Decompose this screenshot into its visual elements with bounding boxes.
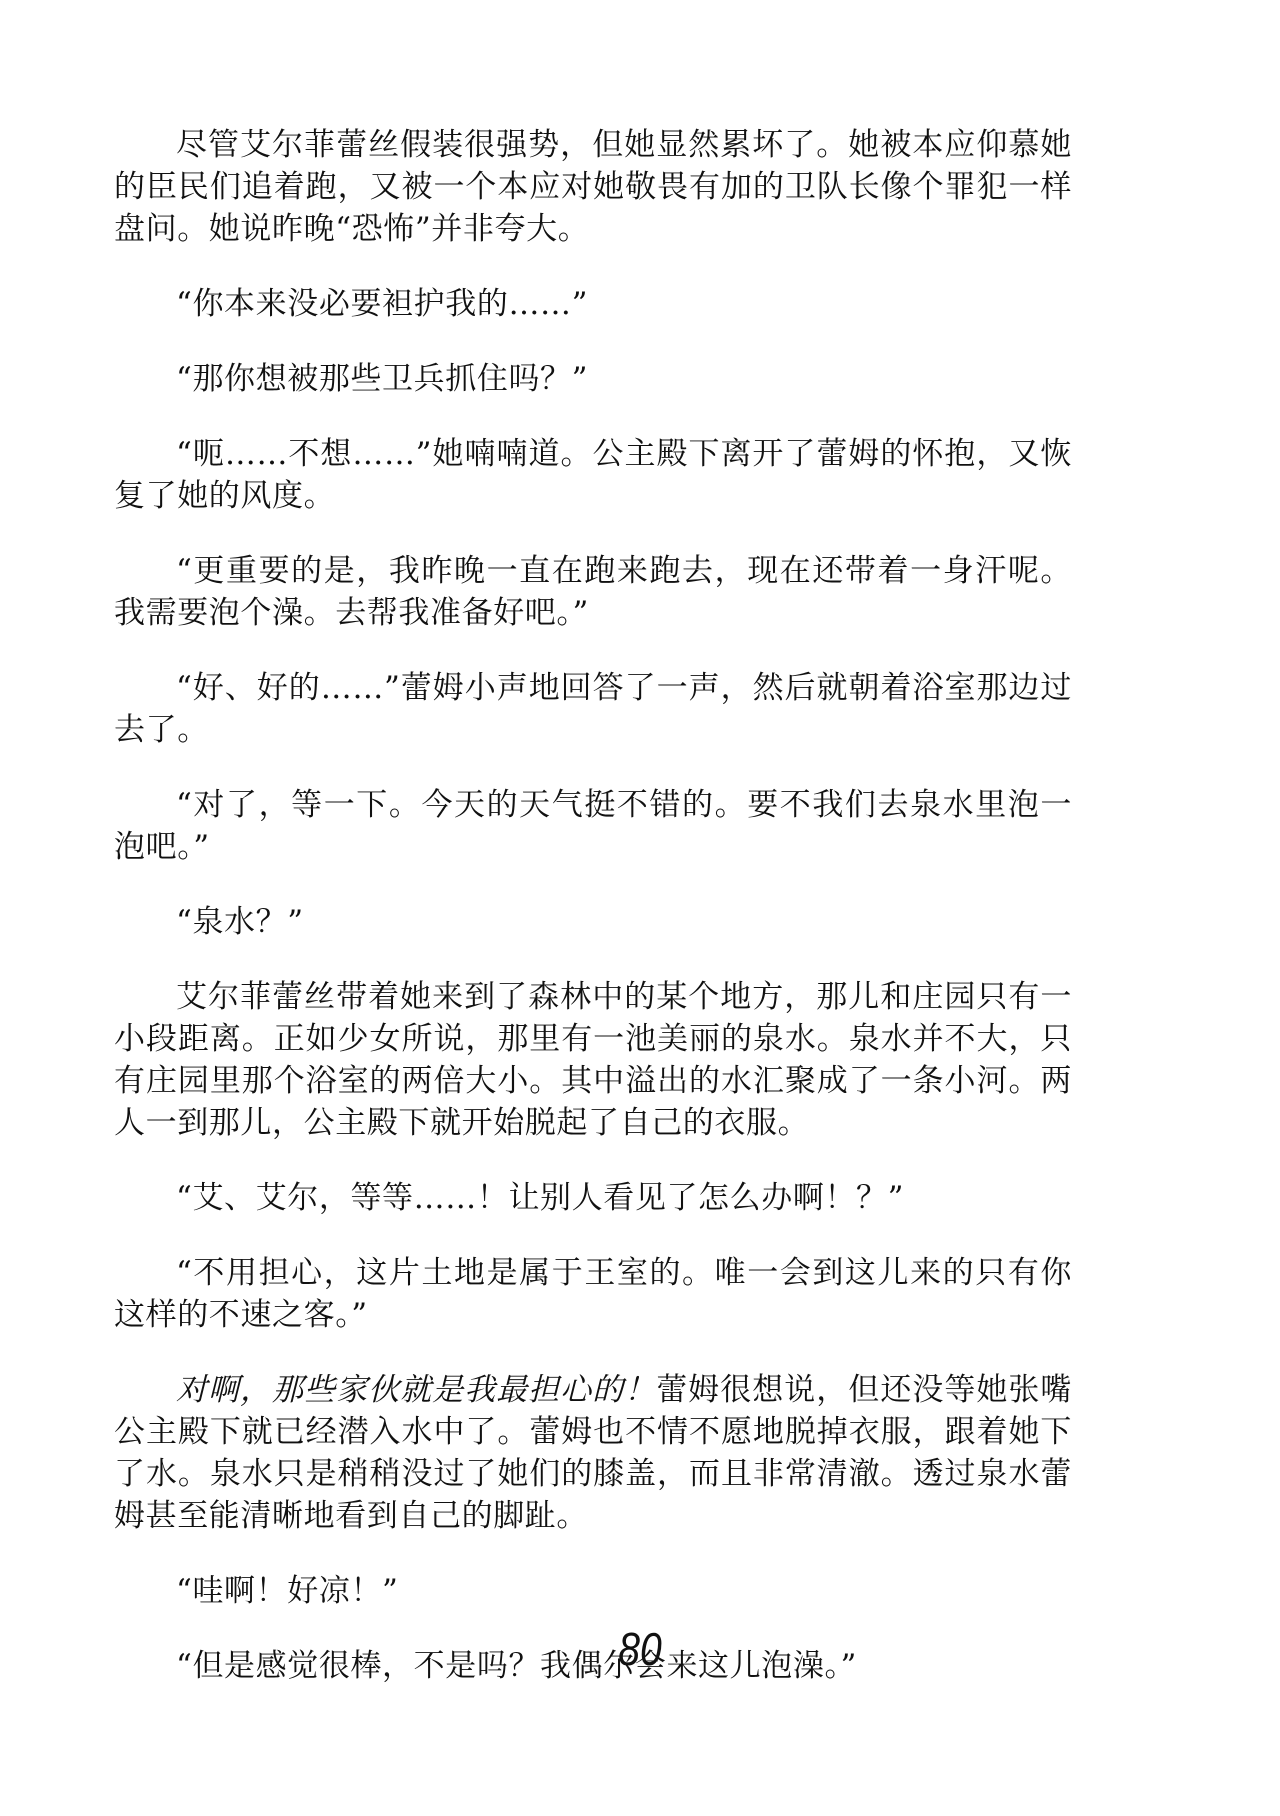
italic-thought: 对啊，那些家伙就是我最担心的！ [176, 1372, 656, 1408]
paragraph: “对了，等一下。今天的天气挺不错的。要不我们去泉水里泡一泡吧。” [114, 784, 1072, 868]
paragraph: 尽管艾尔菲蕾丝假装很强势，但她显然累坏了。她被本应仰慕她的臣民们追着跑，又被一个… [114, 124, 1072, 250]
paragraph: “你本来没必要袒护我的……” [114, 283, 1072, 325]
paragraph: “好、好的……”蕾姆小声地回答了一声，然后就朝着浴室那边过去了。 [114, 667, 1072, 751]
book-page: 尽管艾尔菲蕾丝假装很强势，但她显然累坏了。她被本应仰慕她的臣民们追着跑，又被一个… [0, 0, 1280, 1816]
paragraph: “那你想被那些卫兵抓住吗？” [114, 358, 1072, 400]
paragraph: “泉水？” [114, 901, 1072, 943]
body-text: 尽管艾尔菲蕾丝假装很强势，但她显然累坏了。她被本应仰慕她的臣民们追着跑，又被一个… [114, 124, 1072, 1720]
paragraph: “不用担心，这片土地是属于王室的。唯一会到这儿来的只有你这样的不速之客。” [114, 1252, 1072, 1336]
paragraph: 艾尔菲蕾丝带着她来到了森林中的某个地方，那儿和庄园只有一小段距离。正如少女所说，… [114, 976, 1072, 1144]
page-number: 80 [96, 1622, 1184, 1676]
paragraph: “更重要的是，我昨晚一直在跑来跑去，现在还带着一身汗呢。我需要泡个澡。去帮我准备… [114, 550, 1072, 634]
paragraph: “哇啊！好凉！” [114, 1570, 1072, 1612]
paragraph: “呃……不想……”她喃喃道。公主殿下离开了蕾姆的怀抱，又恢复了她的风度。 [114, 433, 1072, 517]
paragraph: “艾、艾尔，等等……！让别人看见了怎么办啊！？” [114, 1177, 1072, 1219]
paragraph-with-italic-thought: 对啊，那些家伙就是我最担心的！蕾姆很想说，但还没等她张嘴公主殿下就已经潜入水中了… [114, 1369, 1072, 1537]
